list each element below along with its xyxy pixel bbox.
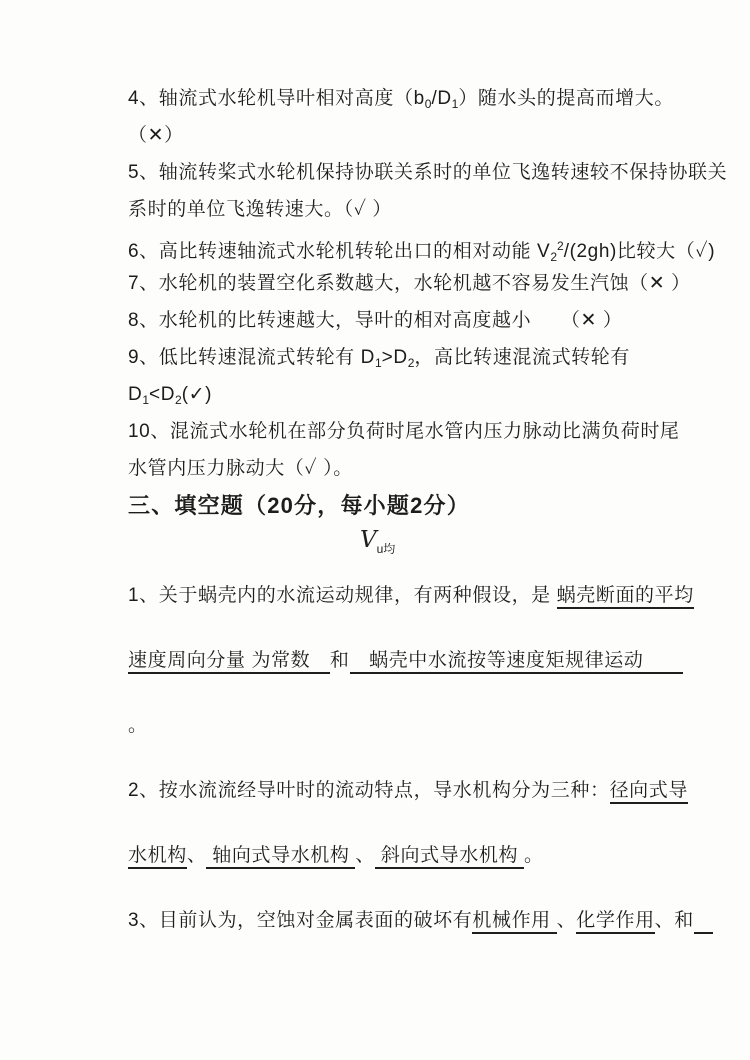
question-6-line-1: 6、高比转速轴流式水轮机转轮出口的相对动能 V22/(2gh)比较大（✓) [128,228,740,265]
text-segment: 4、轴流式水轮机导叶相对高度（b [128,88,425,109]
text-segment [694,910,714,934]
text-segment: 1 [142,393,149,407]
text-segment: 2 [557,239,564,253]
fill-question-2-line-2: 水机构、 轴向式导水机构 、 斜向式导水机构 。 [128,823,740,888]
text-segment: u均 [377,542,396,556]
question-4-answer: （✕） [128,117,740,154]
text-segment: 、 [187,845,207,866]
question-9-line-1: 9、低比转速混流式转轮有 D1>D2，高比转速混流式转轮有 [128,339,740,376]
fill-question-2-line-1: 2、按水流流经导叶时的流动特点，导水机构分为三种：径向式导 [128,758,740,823]
formula-vu-average: Vu均 [360,527,395,557]
question-10-line-1: 10、混流式水轮机在部分负荷时尾水管内压力脉动比满负荷时尾 [128,413,740,450]
text-segment: 、 [557,910,577,931]
fill-question-3-line-1: 3、目前认为，空蚀对金属表面的破坏有机械作用 、化学作用、和 [128,888,740,953]
text-segment: ）随水头的提高而增大。 [458,88,674,109]
text-segment: 。 [128,715,148,736]
text-segment: >D [382,347,408,368]
question-5-line-1: 5、轴流转桨式水轮机保持协联关系时的单位飞逸转速较不保持协联关 [128,154,740,191]
text-segment: 9、低比转速混流式转轮有 D [128,347,375,368]
text-segment: 斜向式导水机构 [375,845,524,869]
text-segment: （✕） [128,125,184,146]
text-segment: 10、混流式水轮机在部分负荷时尾水管内压力脉动比满负荷时尾 [128,421,680,442]
question-9-line-2: D1<D2(✓) [128,376,740,413]
text-segment: /(2gh)比较大（✓) [564,241,715,262]
text-segment: 机械作用 [472,910,556,934]
text-segment: 和 [330,650,350,671]
text-segment: 7、水轮机的装置空化系数越大，水轮机越不容易发生汽蚀（✕ ） [128,273,691,294]
text-segment: 2、按水流流经导叶时的流动特点，导水机构分为三种： [128,780,610,801]
text-segment: 6、高比转速轴流式水轮机转轮出口的相对动能 V [128,241,550,262]
question-4-line-1: 4、轴流式水轮机导叶相对高度（b0/D1）随水头的提高而增大。 [128,80,740,117]
text-segment: 系时的单位飞逸转速大。（✓ ） [128,199,392,220]
text-segment: D [128,384,142,405]
text-segment: (✓) [182,384,212,405]
true-false-section: 4、轴流式水轮机导叶相对高度（b0/D1）随水头的提高而增大。 （✕） 5、轴流… [128,80,740,487]
text-segment: 化学作用 [576,910,654,934]
text-segment: 2 [175,393,182,407]
text-segment: 5、轴流转桨式水轮机保持协联关系时的单位飞逸转速较不保持协联关 [128,162,727,183]
text-segment: 1、关于蜗壳内的水流运动规律，有两种假设，是 [128,585,557,606]
text-segment: 1 [375,356,382,370]
question-5-line-2: 系时的单位飞逸转速大。（✓ ） [128,191,740,228]
text-segment: 水管内压力脉动大（✓ ）。 [128,458,353,479]
text-segment: ，高比转速混流式转轮有 [414,347,630,368]
fill-question-1-line-1: 1、关于蜗壳内的水流运动规律，有两种假设，是 蜗壳断面的平均 [128,563,740,628]
exam-paper-page: 4、轴流式水轮机导叶相对高度（b0/D1）随水头的提高而增大。 （✕） 5、轴流… [0,0,750,1060]
text-segment: 2 [550,250,557,264]
text-segment: V [360,527,377,553]
fill-blank-section-heading: 三、填空题（20分，每小题2分） [128,489,470,520]
question-7-line-1: 7、水轮机的装置空化系数越大，水轮机越不容易发生汽蚀（✕ ） [128,265,740,302]
text-segment: <D [149,384,175,405]
fill-question-1-line-2: 速度周向分量 为常数 和 蜗壳中水流按等速度矩规律运动 [128,628,740,693]
text-segment: 轴向式导水机构 [206,845,355,869]
fill-blank-section: 1、关于蜗壳内的水流运动规律，有两种假设，是 蜗壳断面的平均 速度周向分量 为常… [128,563,740,953]
text-segment: 径向式导 [610,780,688,804]
question-8-line-1: 8、水轮机的比转速越大，导叶的相对高度越小 （✕ ） [128,302,740,339]
text-segment: /D [431,88,451,109]
fill-question-1-line-3: 。 [128,693,740,758]
text-segment: 蜗壳中水流按等速度矩规律运动 [350,650,683,674]
text-segment: 8、水轮机的比转速越大，导叶的相对高度越小 [128,310,531,331]
text-segment: 速度周向分量 为常数 [128,650,330,674]
text-segment: 、 [355,845,375,866]
text-segment: 蜗壳断面的平均 [557,585,694,609]
text-segment: 3、目前认为，空蚀对金属表面的破坏有 [128,910,472,931]
text-segment: 。 [524,845,544,866]
text-segment: 、和 [655,910,694,931]
question-10-line-2: 水管内压力脉动大（✓ ）。 [128,450,740,487]
text-segment: （✕ ） [531,310,622,331]
text-segment: 水机构 [128,845,187,869]
